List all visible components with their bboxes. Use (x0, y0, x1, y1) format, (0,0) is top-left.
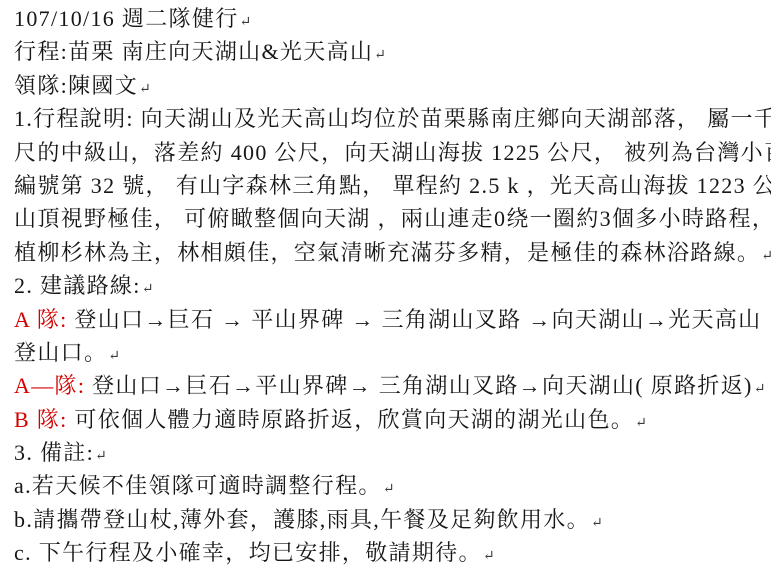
team-label-red: A 隊: (14, 307, 68, 332)
text-line: 行程:苗栗 南庄向天湖山&光天高山↵ (14, 35, 763, 68)
text-line: 2. 建議路線:↵ (14, 269, 763, 302)
text-line: b.請攜帶登山杖,薄外套，護膝,雨具,午餐及足夠飲用水。↵ (14, 503, 763, 536)
text-segment: b.請攜帶登山杖,薄外套，護膝,雨具,午餐及足夠飲用水。 (14, 507, 590, 532)
text-line: 領隊:陳國文↵ (14, 69, 763, 102)
paragraph-mark-icon: ↵ (635, 416, 647, 431)
text-segment: a.若天候不佳領隊可適時調整行程。 (14, 473, 382, 498)
text-line: A 隊: 登山口→巨石 → 平山界碑 → 三角湖山叉路 →向天湖山→光天高山 → (14, 303, 763, 336)
text-segment: 1.行程說明: 向天湖山及光天高山均位於苗栗縣南庄鄉向天湖部落， 屬一千多公 (14, 106, 771, 131)
text-segment: 編號第 32 號， 有山字森林三角點， 單程約 2.5 k ，光天高山海拔 12… (14, 173, 771, 198)
text-segment: 山頂視野極佳， 可俯瞰整個向天湖 ，兩山連走0绕一圈約3個多小時路程， 遍 (14, 206, 771, 231)
text-segment: 登山口→巨石 → 平山界碑 → 三角湖山叉路 →向天湖山→光天高山 → (68, 307, 771, 332)
text-segment: 107/10/16 週二隊健行 (14, 6, 239, 31)
text-line: 編號第 32 號， 有山字森林三角點， 單程約 2.5 k ，光天高山海拔 12… (14, 169, 763, 202)
text-segment: 領隊:陳國文 (14, 73, 138, 98)
text-line: 山頂視野極佳， 可俯瞰整個向天湖 ，兩山連走0绕一圈約3個多小時路程， 遍 (14, 202, 763, 235)
text-segment: 可依個人體力適時原路折返，欣賞向天湖的湖光山色。 (68, 407, 635, 432)
text-segment: 登山口。 (14, 340, 107, 365)
document-page: { "page": { "background": "#ffffff", "te… (0, 0, 771, 571)
paragraph-mark-icon: ↵ (95, 449, 107, 464)
text-line: 1.行程說明: 向天湖山及光天高山均位於苗栗縣南庄鄉向天湖部落， 屬一千多公 (14, 102, 763, 135)
text-segment: 行程:苗栗 南庄向天湖山&光天高山 (14, 39, 373, 64)
paragraph-mark-icon: ↵ (108, 349, 120, 364)
team-label-red: A—隊: (14, 373, 85, 398)
text-line: a.若天候不佳領隊可適時調整行程。↵ (14, 469, 763, 502)
text-line: c. 下午行程及小確幸，均已安排，敬請期待。↵ (14, 536, 763, 569)
text-line: 107/10/16 週二隊健行↵ (14, 2, 763, 35)
text-segment: 3. 備註: (14, 440, 94, 465)
paragraph-mark-icon: ↵ (142, 282, 154, 297)
text-line: 植柳杉林為主，林相頗佳，空氣清晰充滿芬多精，是極佳的森林浴路線。↵ (14, 236, 763, 269)
text-segment: 2. 建議路線: (14, 273, 141, 298)
text-segment: 植柳杉林為主，林相頗佳，空氣清晰充滿芬多精，是極佳的森林浴路線。 (14, 240, 760, 265)
team-label-red: B 隊: (14, 407, 68, 432)
paragraph-mark-icon: ↵ (383, 482, 395, 497)
text-line: 3. 備註:↵ (14, 436, 763, 469)
document-body: 107/10/16 週二隊健行↵行程:苗栗 南庄向天湖山&光天高山↵領隊:陳國文… (0, 0, 771, 571)
text-segment: 登山口→巨石→平山界碑→ 三角湖山叉路→向天湖山( 原路折返) (85, 373, 752, 398)
paragraph-mark-icon: ↵ (374, 48, 386, 63)
text-segment: 尺的中級山，落差約 400 公尺，向天湖山海拔 1225 公尺， 被列為台灣小百… (14, 140, 771, 165)
text-line: 登山口。↵ (14, 336, 763, 369)
paragraph-mark-icon: ↵ (761, 249, 771, 264)
text-line: B 隊: 可依個人體力適時原路折返，欣賞向天湖的湖光山色。↵ (14, 403, 763, 436)
paragraph-mark-icon: ↵ (591, 516, 603, 531)
text-line: 尺的中級山，落差約 400 公尺，向天湖山海拔 1225 公尺， 被列為台灣小百… (14, 136, 763, 169)
text-line: A—隊: 登山口→巨石→平山界碑→ 三角湖山叉路→向天湖山( 原路折返)↵ (14, 369, 763, 402)
paragraph-mark-icon: ↵ (483, 549, 495, 564)
paragraph-mark-icon: ↵ (139, 82, 151, 97)
text-segment: c. 下午行程及小確幸，均已安排，敬請期待。 (14, 540, 482, 565)
paragraph-mark-icon: ↵ (240, 15, 252, 30)
paragraph-mark-icon: ↵ (754, 382, 766, 397)
